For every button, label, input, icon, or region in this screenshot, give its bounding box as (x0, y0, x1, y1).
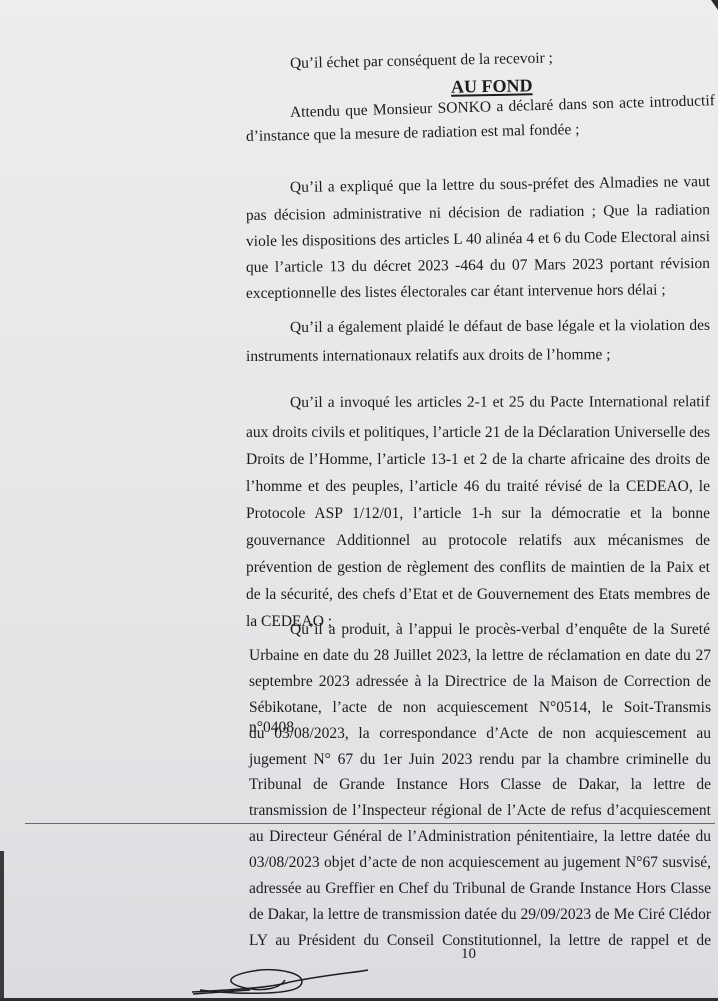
text-line: instruments internationaux relatifs aux … (246, 345, 611, 367)
text-line: Droits de l’Homme, l’article 13-1 et 2 d… (246, 450, 710, 470)
text-line: viole les dispositions des articles L 40… (246, 227, 710, 252)
text-line: Qu’il a également plaidé le défaut de ba… (290, 316, 710, 338)
text-line: transmission de l’Inspecteur régional de… (249, 801, 711, 821)
signature-scribble (190, 960, 370, 1000)
text-line: pas décision administrative ni décision … (246, 200, 710, 226)
page-left-edge (0, 851, 4, 1001)
text-line: Protocole ASP 1/12/01, l’article 1-h sur… (246, 504, 710, 524)
text-line: l’homme et des peuples, l’article 46 du … (246, 477, 710, 497)
section-heading: AU FOND (451, 75, 533, 97)
text-line: Tribunal de Grande Instance Hors Classe … (249, 775, 711, 795)
page-corner-shadow (690, 0, 718, 60)
text-line: 03/08/2023 objet d’acte de non acquiesce… (249, 853, 711, 873)
text-line: Qu’il a produit, à l’appui le procès-ver… (290, 620, 710, 640)
text-line: gouvernance Additionnel au protocole rel… (246, 531, 710, 551)
text-line: du 03/08/2023, la correspondance d’Acte … (249, 724, 711, 744)
text-line: aux droits civils et politiques, l’artic… (246, 423, 710, 443)
text-line: Qu’il échet par conséquent de la recevoi… (290, 48, 553, 74)
text-line: Qu’il a invoqué les articles 2-1 et 25 d… (290, 392, 710, 413)
scan-artifact-line (25, 823, 715, 824)
text-line: LY au Président du Conseil Constitutionn… (249, 931, 711, 951)
text-line: exceptionnelle des listes électorales ca… (246, 280, 666, 304)
text-line: jugement N° 67 du 1er Juin 2023 rendu pa… (249, 750, 711, 770)
text-line: septembre 2023 adressée à la Directrice … (249, 672, 711, 692)
text-line: au Directeur Général de l’Administration… (249, 827, 711, 847)
text-line: que l’article 13 du décret 2023 -464 du … (246, 254, 710, 278)
text-line: de la sécurité, des chefs d’Etat et de G… (246, 585, 710, 605)
text-line: Urbaine en date du 28 Juillet 2023, la l… (249, 646, 711, 666)
text-line: prévention de gestion de règlement des c… (246, 558, 710, 578)
text-line: Qu’il a expliqué que la lettre du sous-p… (290, 172, 710, 198)
text-line: d’instance que la mesure de radiation es… (246, 120, 580, 147)
page-number: 10 (461, 946, 476, 963)
text-line: adressée au Greffier en Chef du Tribunal… (249, 879, 711, 899)
text-line: de Dakar, la lettre de transmission daté… (249, 905, 711, 925)
scanned-page: Qu’il échet par conséquent de la recevoi… (0, 0, 718, 1001)
